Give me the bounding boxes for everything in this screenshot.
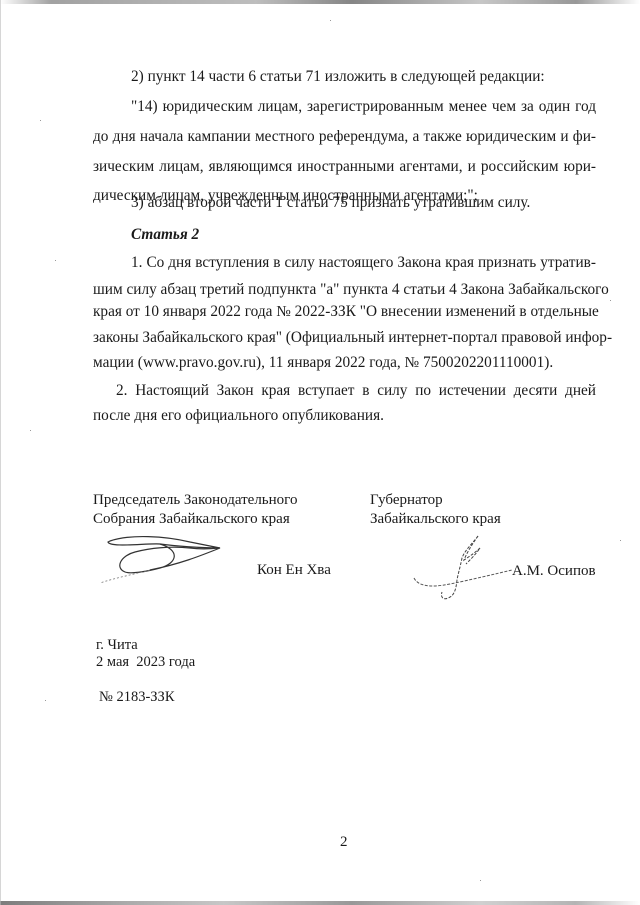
signing-date: 2 мая 2023 года	[96, 653, 195, 671]
right-signatory-title-1: Губернатор	[370, 491, 443, 509]
article-2-para-1-line-2: шим силу абзац третий подпункта "а" пунк…	[93, 281, 596, 299]
scan-bottom-edge	[0, 901, 640, 905]
article-2-para-2-line-2: после дня его официального опубликования…	[93, 407, 384, 425]
page-number: 2	[340, 834, 348, 851]
article-2-heading: Статья 2	[131, 226, 199, 244]
article-2-para-1-line-4: законы Забайкальского края" (Официальный…	[93, 329, 596, 347]
scan-top-edge	[0, 0, 640, 4]
law-number: № 2183-ЗЗК	[99, 688, 175, 706]
item-2-quote-line-3: зическим лицам, являющимся иностранными …	[93, 158, 596, 176]
left-signatory-title-2: Собрания Забайкальского края	[93, 510, 290, 528]
item-2-quote-line-2: до дня начала кампании местного референд…	[93, 128, 596, 146]
article-2-para-2-line-1: 2. Настоящий Закон края вступает в силу …	[116, 382, 596, 400]
left-signatory-name: Кон Ен Хва	[257, 561, 331, 579]
item-3-text: 3) абзац второй части 1 статьи 75 призна…	[131, 194, 530, 212]
article-2-para-1-line-3: края от 10 января 2022 года № 2022-ЗЗК "…	[93, 303, 596, 321]
left-signatory-title-1: Председатель Законодательного	[93, 491, 297, 509]
right-signatory-name: А.М. Осипов	[512, 562, 596, 580]
document-page: 2) пункт 14 части 6 статьи 71 изложить в…	[0, 0, 640, 905]
article-2-para-1-line-1: 1. Со дня вступления в силу настоящего З…	[131, 254, 596, 272]
left-signature-icon	[90, 528, 250, 592]
item-2-quote-line-1: "14) юридическим лицам, зарегистрированн…	[131, 98, 596, 116]
article-2-para-1-line-5: мации (www.pravo.gov.ru), 11 января 2022…	[93, 354, 553, 372]
item-2-intro: 2) пункт 14 части 6 статьи 71 изложить в…	[131, 68, 545, 86]
right-signatory-title-2: Забайкальского края	[370, 510, 501, 528]
place-of-signing: г. Чита	[96, 636, 138, 654]
scan-left-edge	[0, 0, 1, 905]
right-signature-icon	[400, 530, 520, 610]
